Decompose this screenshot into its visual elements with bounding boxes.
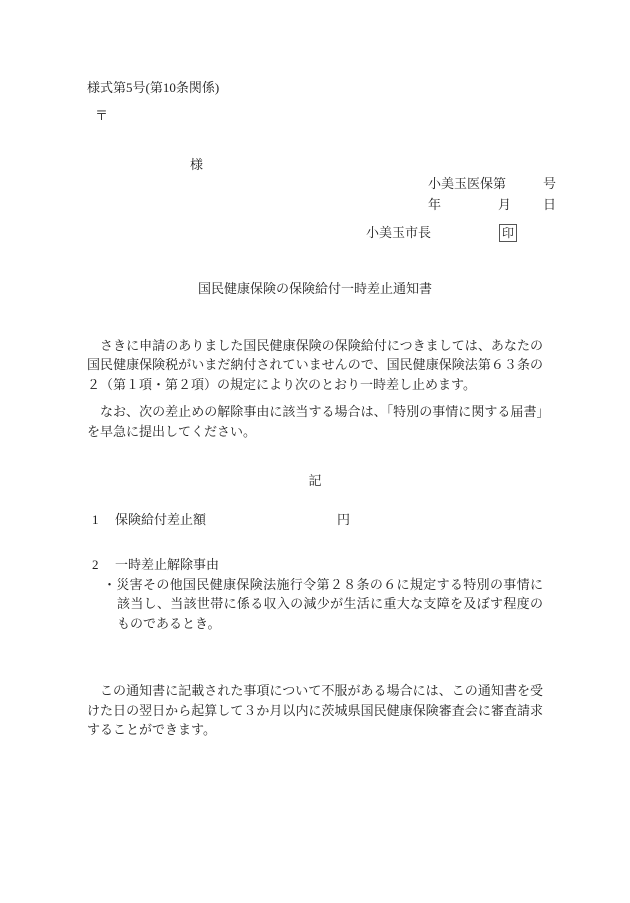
item-1-unit-label: 円	[337, 512, 350, 527]
addressee-line: 様	[190, 155, 203, 175]
date-day-label: 日	[543, 194, 556, 215]
seal-mark: 印	[499, 224, 517, 242]
document-number-prefix: 小美玉医保第	[428, 176, 506, 191]
item-1-row: 1保険給付差止額円	[87, 510, 543, 530]
date-line: 年 月 日	[428, 194, 556, 215]
item-2-label: 一時差止解除事由	[115, 557, 219, 572]
document-number-line: 小美玉医保第 号	[428, 173, 556, 194]
document-number-suffix: 号	[543, 173, 556, 194]
item-2-number: 2	[87, 555, 115, 575]
issuer-line: 小美玉市長 印	[366, 223, 517, 243]
document-page: 様式第5号(第10条関係) 〒 様 小美玉医保第 号 年 月 日 小美玉市長 印…	[0, 0, 630, 903]
date-month-label: 月	[498, 194, 511, 215]
item-2-bullet-text: ・災害その他国民健康保険法施行令第２８条の６に規定する特別の事情に該当し、当該世…	[87, 575, 543, 634]
postal-mark: 〒	[95, 106, 108, 126]
addressee-suffix: 様	[190, 157, 203, 172]
item-2-section: 2一時差止解除事由 ・災害その他国民健康保険法施行令第２８条の６に規定する特別の…	[87, 555, 543, 633]
form-number: 様式第5号(第10条関係)	[87, 78, 219, 98]
item-1-label: 保険給付差止額	[115, 512, 206, 527]
item-1-number: 1	[87, 510, 115, 530]
record-marker: 記	[87, 471, 543, 491]
body-paragraph-1: さきに申請のありました国民健康保険の保険給付につきましては、あなたの国民健康保険…	[87, 336, 543, 395]
issuer-name: 小美玉市長	[366, 223, 431, 243]
document-title: 国民健康保険の保険給付一時差止通知書	[87, 279, 543, 299]
date-year-label: 年	[428, 197, 441, 212]
appeal-paragraph: この通知書に記載された事項について不服がある場合には、この通知書を受けた日の翌日…	[87, 681, 543, 740]
item-2-heading: 2一時差止解除事由	[87, 555, 543, 575]
body-paragraph-2: なお、次の差止めの解除事由に該当する場合は、「特別の事情に関する届書」を早急に提…	[87, 402, 543, 441]
document-body: 国民健康保険の保険給付一時差止通知書 さきに申請のありました国民健康保険の保険給…	[87, 279, 543, 740]
reference-block: 小美玉医保第 号 年 月 日	[428, 173, 556, 215]
